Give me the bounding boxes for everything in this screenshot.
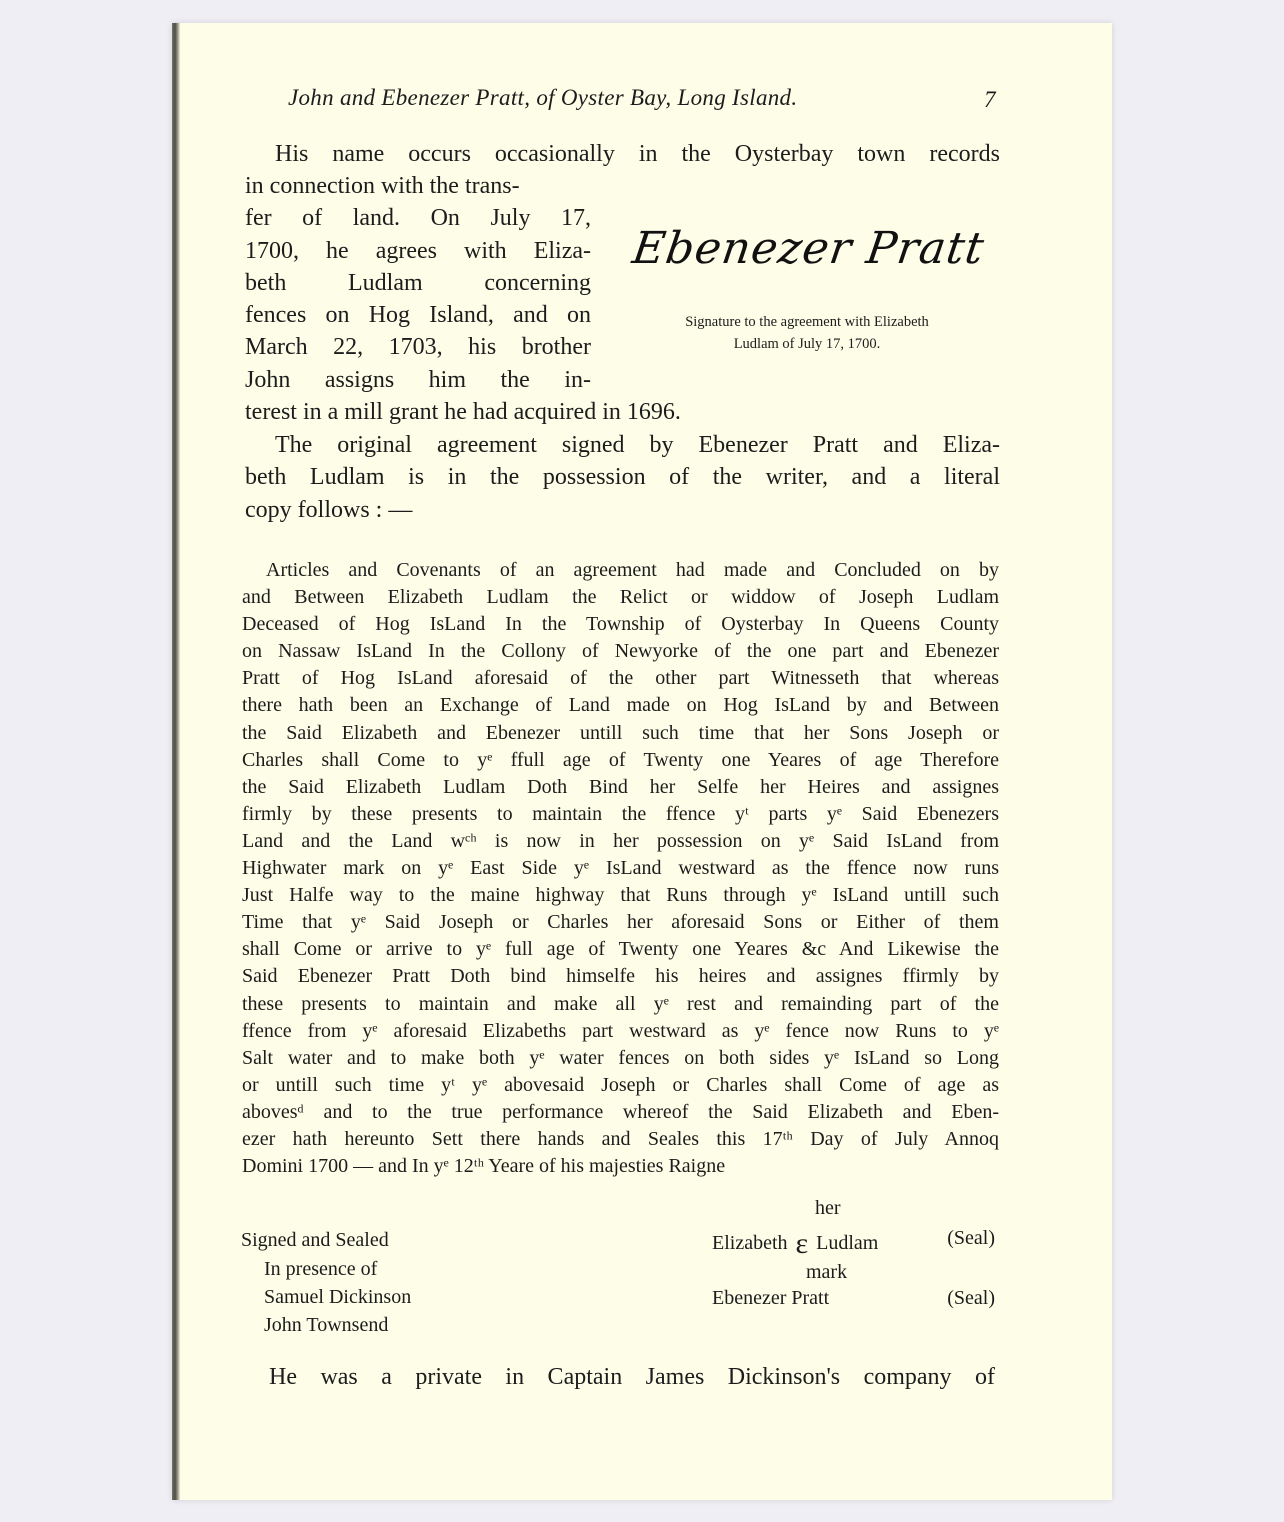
agreement-line: on Nassaw IsLand In the Collony of Newyo…	[242, 638, 999, 665]
agreement-line: Articles and Covenants of an agreement h…	[242, 557, 999, 584]
agreement-line: Land and the Land wᶜʰ is now in her poss…	[242, 828, 999, 855]
witness-label: In presence of	[241, 1255, 411, 1283]
agreement-line: firmly by these presents to maintain the…	[242, 801, 999, 828]
agreement-line: the Said Elizabeth Ludlam Doth Bind her …	[242, 774, 999, 801]
agreement-line: shall Come or arrive to yᵉ full age of T…	[242, 936, 999, 963]
witness-name: Samuel Dickinson	[241, 1283, 411, 1311]
paragraph-1-first-line: His name occurs occasionally in the Oyst…	[245, 138, 1000, 170]
paragraph-1-last-line: terest in a mill grant he had acquired i…	[245, 396, 1000, 428]
agreement-line: and Between Elizabeth Ludlam the Relict …	[242, 584, 999, 611]
agreement-line: these presents to maintain and make all …	[242, 991, 999, 1018]
signed-and-sealed-block: Signed and Sealed In presence of Samuel …	[241, 1225, 411, 1339]
mark-label: mark	[806, 1261, 847, 1284]
signatory-ebenezer-pratt: Ebenezer Pratt (Seal)	[712, 1287, 995, 1310]
agreement-line: Domini 1700 — and In yᵉ 12ᵗʰ Yeare of hi…	[242, 1153, 999, 1180]
page-binding-edge	[172, 23, 180, 1500]
signature-figure: Ebenezer Pratt Signature to the agreemen…	[627, 219, 987, 355]
paragraph-2: The original agreement signed by Ebeneze…	[245, 429, 1000, 526]
paragraph-1-wrapped: in connection with the trans- fer of lan…	[245, 170, 591, 396]
agreement-line: Pratt of Hog IsLand aforesaid of the oth…	[242, 665, 999, 692]
agreement-line: abovesᵈ and to the true performance wher…	[242, 1099, 999, 1126]
agreement-line: ffence from yᵉ aforesaid Elizabeths part…	[242, 1018, 999, 1045]
agreement-line: the Said Elizabeth and Ebenezer untill s…	[242, 720, 999, 747]
agreement-line: Salt water and to make both yᵉ water fen…	[242, 1045, 999, 1072]
agreement-line: Deceased of Hog IsLand In the Township o…	[242, 611, 999, 638]
signatory-elizabeth-ludlam: ElizabethɛLudlam (Seal)	[712, 1227, 995, 1261]
paragraph-3: He was a private in Captain James Dickin…	[269, 1361, 995, 1393]
signature-image: Ebenezer Pratt	[621, 219, 992, 299]
agreement-line: Highwater mark on yᵉ East Side yᵉ IsLand…	[242, 855, 999, 882]
agreement-line: Charles shall Come to yᵉ ffull age of Tw…	[242, 747, 999, 774]
running-head: John and Ebenezer Pratt, of Oyster Bay, …	[288, 85, 998, 111]
agreement-line: ezer hath hereunto Sett there hands and …	[242, 1126, 999, 1153]
agreement-line: Just Halfe way to the maine highway that…	[242, 882, 999, 909]
agreement-line: Time that yᵉ Said Joseph or Charles her …	[242, 909, 999, 936]
agreement-line: there hath been an Exchange of Land made…	[242, 692, 999, 719]
page-number: 7	[984, 87, 996, 113]
her-label: her	[815, 1197, 841, 1220]
seal-label: (Seal)	[947, 1227, 995, 1250]
agreement-line: or untill such time yᵗ yᵉ abovesaid Jose…	[242, 1072, 999, 1099]
signed-heading: Signed and Sealed	[241, 1225, 411, 1255]
agreement-line: Said Ebenezer Pratt Doth bind himselfe h…	[242, 963, 999, 990]
mark-icon: ɛ	[796, 1227, 809, 1260]
book-page: John and Ebenezer Pratt, of Oyster Bay, …	[172, 23, 1112, 1500]
agreement-transcript: Articles and Covenants of an agreement h…	[242, 557, 999, 1180]
witness-name: John Townsend	[241, 1311, 411, 1339]
seal-label: (Seal)	[947, 1287, 995, 1310]
figure-caption: Signature to the agreement with Elizabet…	[627, 311, 987, 355]
